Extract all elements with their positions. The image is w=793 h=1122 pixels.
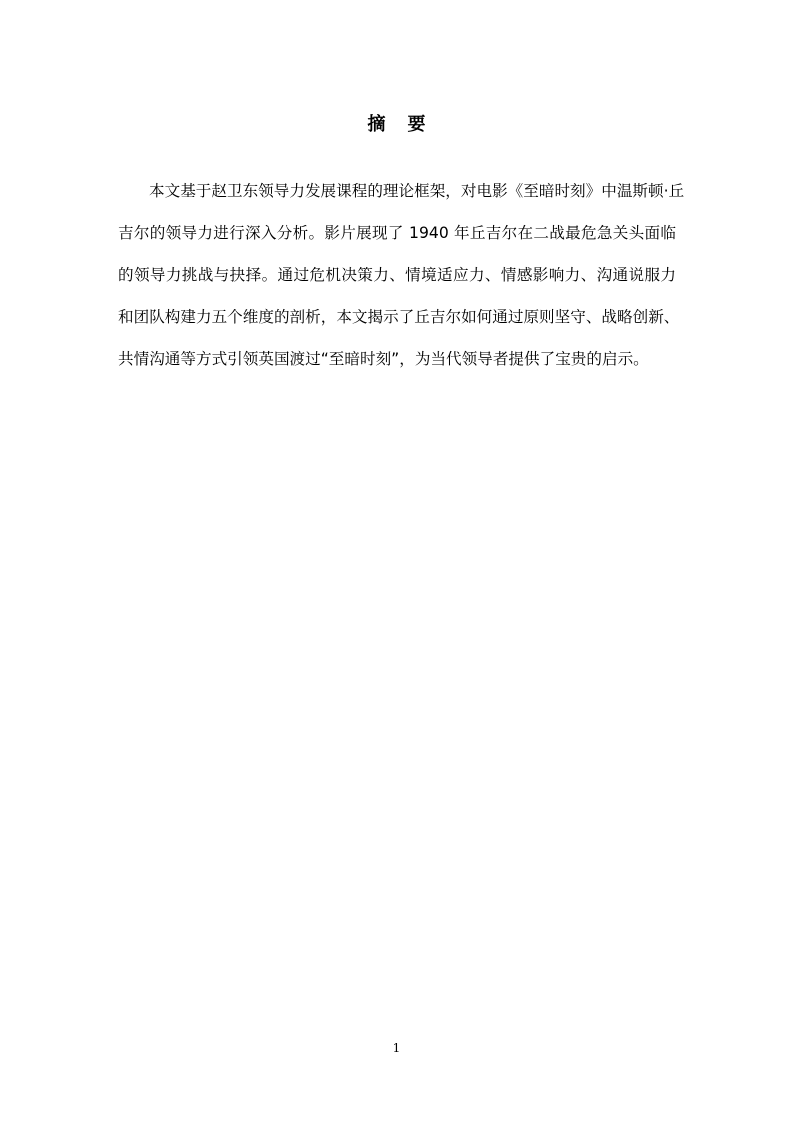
document-page: 摘要 本文基于赵卫东领导力发展课程的理论框架，对电影《至暗时刻》中温斯顿·丘 吉… — [0, 0, 793, 1122]
abstract-paragraph: 本文基于赵卫东领导力发展课程的理论框架，对电影《至暗时刻》中温斯顿·丘 吉尔的领… — [118, 176, 676, 386]
abstract-line-5: 共情沟通等方式引领英国渡过“至暗时刻”，为当代领导者提供了宝贵的启示。 — [118, 344, 676, 386]
abstract-line-3: 的领导力挑战与抉择。通过危机决策力、情境适应力、情感影响力、沟通说服力 — [118, 260, 676, 302]
abstract-title: 摘要 — [0, 113, 793, 137]
page-number: 1 — [0, 1040, 793, 1056]
abstract-title-char-2: 要 — [408, 113, 426, 137]
abstract-line-2: 吉尔的领导力进行深入分析。影片展现了 1940 年丘吉尔在二战最危急关头面临 — [118, 218, 676, 260]
abstract-line-1: 本文基于赵卫东领导力发展课程的理论框架，对电影《至暗时刻》中温斯顿·丘 — [118, 176, 676, 218]
abstract-line-4: 和团队构建力五个维度的剖析，本文揭示了丘吉尔如何通过原则坚守、战略创新、 — [118, 302, 676, 344]
abstract-title-char-1: 摘 — [368, 113, 386, 137]
